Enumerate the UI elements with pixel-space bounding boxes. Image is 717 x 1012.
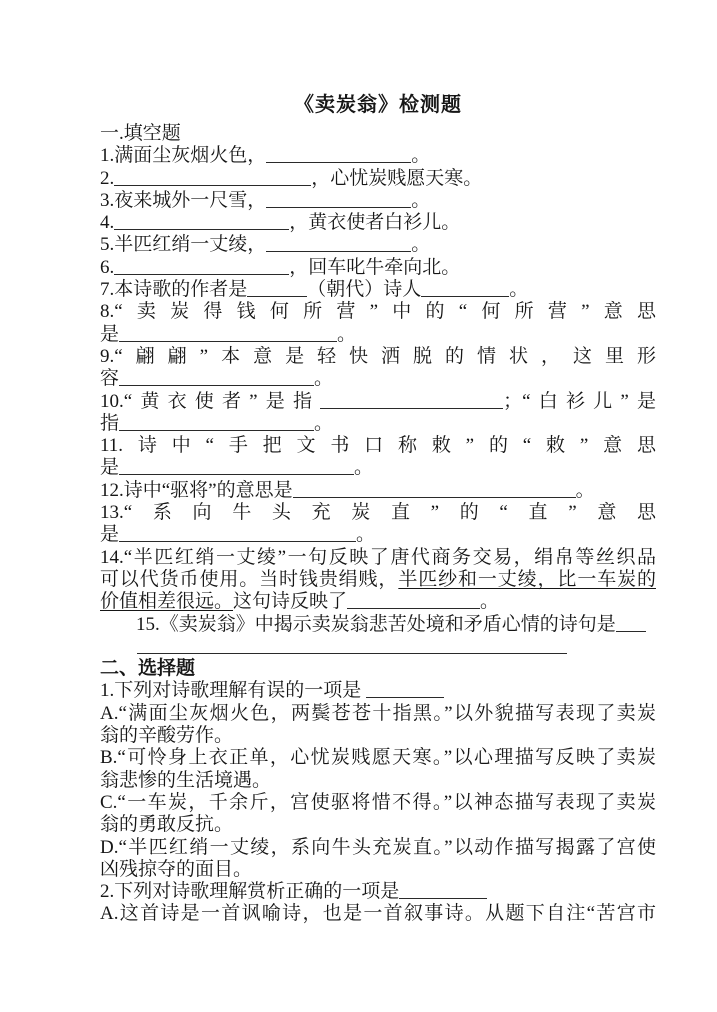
- q9-line-1: 9.“翩翩”本意是轻快洒脱的情状，这里形: [100, 346, 656, 368]
- text-run: 1.下列对诗歌理解有误的一项是: [100, 680, 366, 701]
- blank-underline: [616, 617, 646, 632]
- text-run: 。: [354, 457, 373, 478]
- blank-underline: [366, 683, 444, 698]
- text-run: 。: [337, 324, 356, 345]
- text-run: B.“可怜身上衣正单，心忧炭贱愿天寒。”以心理描写反映了卖炭: [100, 747, 656, 768]
- q15-line: 15.《卖炭翁》中揭示卖炭翁悲苦处境和矛盾心情的诗句是: [100, 614, 656, 636]
- q8-line-2: 是。: [100, 324, 656, 346]
- text-run: 12.诗中“驱将”的意思是: [100, 480, 293, 501]
- blank-underline: [247, 282, 307, 297]
- text-run: 。: [314, 413, 333, 434]
- q2-line: 2.，心忧炭贱愿天寒。: [100, 168, 656, 190]
- text-run: 容: [100, 368, 119, 389]
- mc-q2-line: 2.下列对诗歌理解赏析正确的一项是: [100, 881, 656, 903]
- text-run: 凶残掠夺的面目。: [100, 859, 252, 880]
- blank-underline: [266, 193, 411, 208]
- text-run: 1.满面尘灰烟火色，: [100, 145, 266, 166]
- text-run: A.“满面尘灰烟火色，两鬓苍苍十指黑。”以外貌描写表现了卖炭: [100, 703, 656, 724]
- q15-answer-blank-line: [100, 636, 656, 658]
- q13-line-2: 是。: [100, 524, 656, 546]
- text-run: 翁的辛酸劳作。: [100, 725, 233, 746]
- blank-underline: [293, 483, 576, 498]
- blank-underline: [119, 371, 314, 386]
- blank-underline: [119, 460, 354, 475]
- text-run: 5.半匹红绡一丈绫，: [100, 234, 266, 255]
- blank-underline: [114, 215, 289, 230]
- document-content: 《卖炭翁》检测题 一.填空题1.满面尘灰烟火色，。2.，心忧炭贱愿天寒。3.夜来…: [100, 92, 656, 926]
- text-run: 二、选择题: [100, 658, 195, 679]
- q14-line-2: 可以代货币使用。当时钱贵绢贱，半匹纱和一丈绫，比一车炭的: [100, 569, 656, 591]
- text-run: 。: [480, 591, 499, 612]
- document-title: 《卖炭翁》检测题: [100, 92, 656, 118]
- mc-q1-option-b-line-2: 翁悲惨的生活境遇。: [100, 770, 656, 792]
- text-run: 2.: [100, 168, 114, 189]
- blank-underline: [114, 171, 311, 186]
- text-run: 9.“翩翩”本意是轻快洒脱的情状，这里形: [100, 346, 656, 367]
- mc-q1-line: 1.下列对诗歌理解有误的一项是: [100, 680, 656, 702]
- document-page: 《卖炭翁》检测题 一.填空题1.满面尘灰烟火色，。2.，心忧炭贱愿天寒。3.夜来…: [0, 0, 717, 1012]
- underlined-text: 价值相差很远。: [100, 591, 233, 612]
- mc-q1-option-a-line-2: 翁的辛酸劳作。: [100, 725, 656, 747]
- text-run: 15.《卖炭翁》中揭示卖炭翁悲苦处境和矛盾心情的诗句是: [136, 614, 616, 635]
- mc-q1-option-a-line-1: A.“满面尘灰烟火色，两鬓苍苍十指黑。”以外貌描写表现了卖炭: [100, 703, 656, 725]
- text-run: 翁悲惨的生活境遇。: [100, 770, 271, 791]
- text-run: D.“半匹红绡一丈绫，系向牛头充炭直。”以动作描写揭露了宫使: [100, 837, 656, 858]
- text-run: 13.“系向牛头充炭直”的“直”意思: [100, 502, 656, 523]
- text-run: 是: [100, 457, 119, 478]
- text-run: ，回车叱牛牵向北。: [289, 257, 460, 278]
- text-run: 这句诗反映了: [233, 591, 347, 612]
- q13-line-1: 13.“系向牛头充炭直”的“直”意思: [100, 502, 656, 524]
- blank-underline: [137, 639, 567, 654]
- text-run: 。: [411, 234, 430, 255]
- text-run: 4.: [100, 212, 114, 233]
- text-run: 翁的勇敢反抗。: [100, 814, 233, 835]
- mc-q2-option-a-line-1: A.这首诗是一首讽喻诗，也是一首叙事诗。从题下自注“苦宫市: [100, 903, 656, 925]
- q11-line-1: 11.诗中“手把文书口称敕”的“敕”意思: [100, 435, 656, 457]
- mc-q1-option-c-line-1: C.“一车炭，千余斤，宫使驱将惜不得。”以神态描写表现了卖炭: [100, 792, 656, 814]
- text-run: 14.“半匹红绡一丈绫”一句反映了唐代商务交易，绢帛等丝织品: [100, 547, 656, 568]
- text-run: 10.“黄衣使者”是指: [100, 391, 320, 412]
- text-run: 。: [411, 145, 430, 166]
- q14-line-1: 14.“半匹红绡一丈绫”一句反映了唐代商务交易，绢帛等丝织品: [100, 547, 656, 569]
- q10-line-2: 指。: [100, 413, 656, 435]
- text-run: 指: [100, 413, 119, 434]
- blank-underline: [119, 416, 314, 431]
- q11-line-2: 是。: [100, 457, 656, 479]
- q3-line: 3.夜来城外一尺雪，。: [100, 190, 656, 212]
- blank-underline: [119, 327, 337, 342]
- section-2-heading: 二、选择题: [100, 658, 656, 680]
- text-run: 。: [509, 279, 528, 300]
- q14-line-3: 价值相差很远。这句诗反映了。: [100, 591, 656, 613]
- mc-q1-option-b-line-1: B.“可怜身上衣正单，心忧炭贱愿天寒。”以心理描写反映了卖炭: [100, 747, 656, 769]
- text-run: 2.下列对诗歌理解赏析正确的一项是: [100, 881, 399, 902]
- text-run: 。: [576, 480, 595, 501]
- text-run: 。: [314, 368, 333, 389]
- text-run: 可以代货币使用。当时钱贵绢贱，: [100, 569, 398, 590]
- q1-line: 1.满面尘灰烟火色，。: [100, 145, 656, 167]
- text-run: ；“白衫儿”是: [503, 391, 656, 412]
- mc-q1-option-d-line-1: D.“半匹红绡一丈绫，系向牛头充炭直。”以动作描写揭露了宫使: [100, 837, 656, 859]
- text-run: 3.夜来城外一尺雪，: [100, 190, 266, 211]
- text-run: 一.填空题: [100, 123, 181, 144]
- blank-underline: [114, 260, 289, 275]
- mc-q1-option-d-line-2: 凶残掠夺的面目。: [100, 859, 656, 881]
- q10-line-1: 10.“黄衣使者”是指；“白衫儿”是: [100, 391, 656, 413]
- text-run: （朝代）诗人: [307, 279, 421, 300]
- q7-line: 7.本诗歌的作者是（朝代）诗人。: [100, 279, 656, 301]
- blank-underline: [266, 237, 411, 252]
- q9-line-2: 容。: [100, 368, 656, 390]
- text-run: ，黄衣使者白衫儿。: [289, 212, 460, 233]
- q8-line-1: 8.“卖炭得钱何所营”中的“何所营”意思: [100, 301, 656, 323]
- q5-line: 5.半匹红绡一丈绫，。: [100, 234, 656, 256]
- q4-line: 4.，黄衣使者白衫儿。: [100, 212, 656, 234]
- text-run: 。: [411, 190, 430, 211]
- blank-underline: [266, 148, 411, 163]
- text-run: A.这首诗是一首讽喻诗，也是一首叙事诗。从题下自注“苦宫市: [100, 903, 656, 924]
- text-run: C.“一车炭，千余斤，宫使驱将惜不得。”以神态描写表现了卖炭: [100, 792, 656, 813]
- blank-underline: [347, 594, 480, 609]
- text-run: 是: [100, 524, 119, 545]
- blank-underline: [119, 527, 356, 542]
- blank-underline: [421, 282, 509, 297]
- mc-q1-option-c-line-2: 翁的勇敢反抗。: [100, 814, 656, 836]
- text-run: 。: [356, 524, 375, 545]
- q12-line: 12.诗中“驱将”的意思是。: [100, 480, 656, 502]
- blank-underline: [320, 394, 503, 409]
- section-1-heading: 一.填空题: [100, 123, 656, 145]
- text-run: 是: [100, 324, 119, 345]
- text-run: 8.“卖炭得钱何所营”中的“何所营”意思: [100, 301, 656, 322]
- text-run: 11.诗中“手把文书口称敕”的“敕”意思: [100, 435, 656, 456]
- q6-line: 6.，回车叱牛牵向北。: [100, 257, 656, 279]
- blank-underline: [399, 884, 487, 899]
- text-run: ，心忧炭贱愿天寒。: [311, 168, 482, 189]
- text-run: 7.本诗歌的作者是: [100, 279, 247, 300]
- text-run: 6.: [100, 257, 114, 278]
- underlined-text: 半匹纱和一丈绫，比一车炭的: [398, 569, 656, 590]
